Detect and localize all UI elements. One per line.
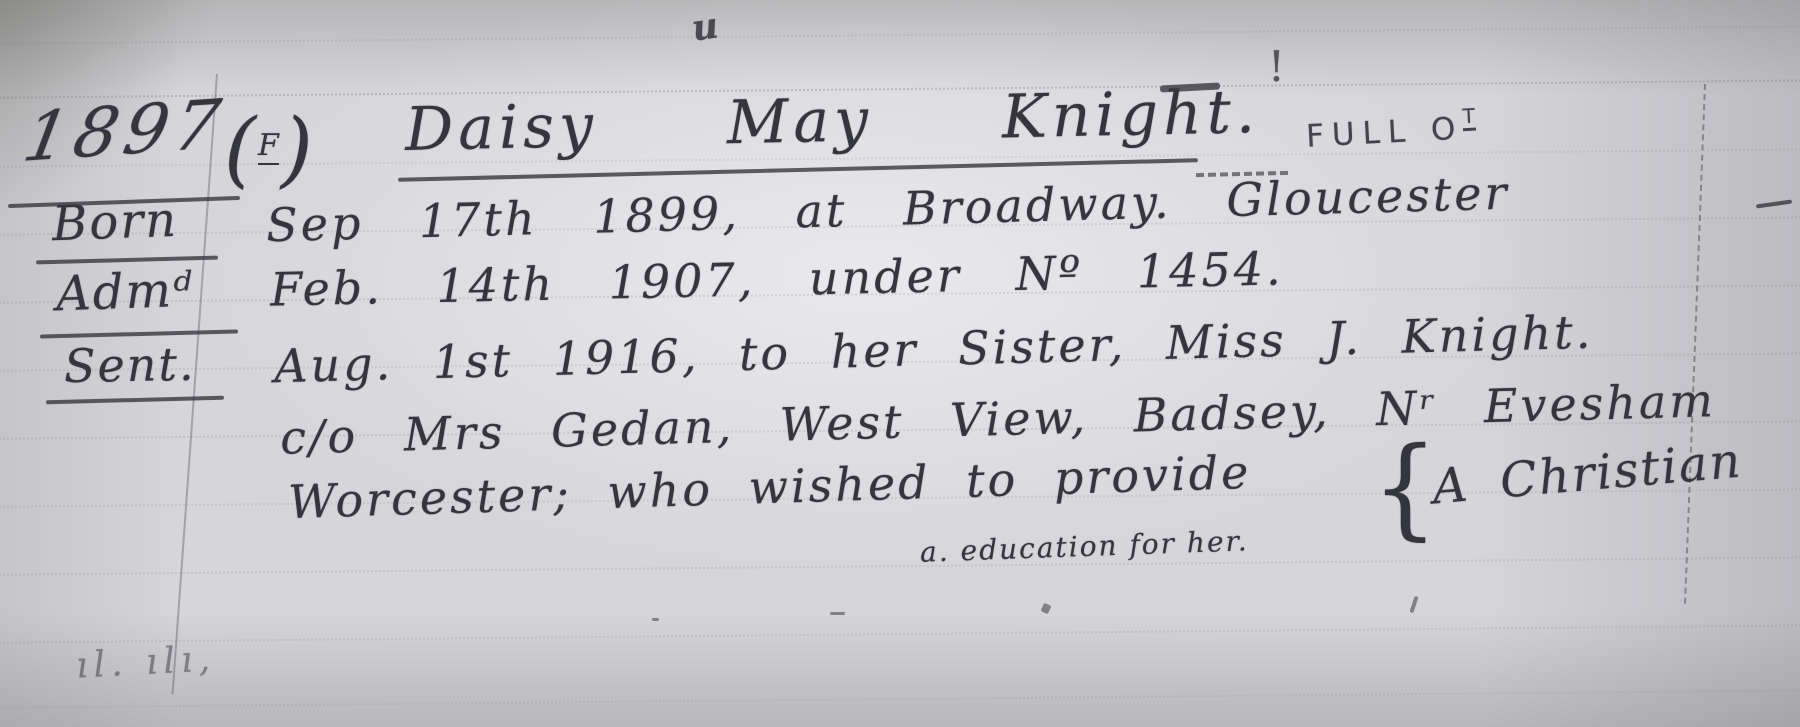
born-value-part2: Gloucester	[1226, 166, 1510, 227]
field-label-admitted: Admᵈ	[55, 262, 195, 323]
ink-speck	[1409, 596, 1418, 613]
admitted-value: Feb. 14th 1907, under Nº 1454.	[270, 241, 1285, 316]
top-squiggle-mark: u	[689, 4, 721, 49]
sex-mark: (F)	[224, 102, 313, 197]
orphan-status-note: FULL OT	[1305, 108, 1476, 155]
entry-name: Daisy May Knight.	[404, 77, 1260, 165]
entry-year: 1897	[17, 85, 231, 178]
ink-speck	[830, 612, 845, 615]
brace-mark: {	[1372, 423, 1438, 551]
orphan-status-superscript: T	[1462, 104, 1476, 132]
sent-value: Aug. 1st 1916, to her Sister, Miss J. Kn…	[274, 305, 1594, 394]
brace-note: A Christian	[1430, 433, 1744, 516]
born-value-part1: Sep 17th 1899, at Broadway.	[266, 175, 1173, 253]
register-page-scan: 1897 (F) Daisy May Knight. FULL OT Born …	[0, 0, 1800, 727]
born-line-edge-dash	[1756, 200, 1792, 209]
orphan-status-text: FULL O	[1305, 111, 1464, 155]
ink-speck	[1040, 603, 1051, 615]
top-right-exclamation-mark: !	[1268, 42, 1285, 91]
sex-open-paren: (	[224, 102, 256, 197]
ruled-line	[0, 689, 1800, 709]
ruled-line	[0, 624, 1800, 644]
field-label-born: Born	[51, 192, 179, 252]
ink-speck	[652, 618, 659, 621]
sex-letter: F	[258, 128, 279, 165]
sex-close-paren: )	[281, 102, 313, 197]
pencil-scribble: ıl. ılı,	[75, 638, 217, 686]
ruled-line	[0, 25, 1800, 45]
field-label-sent-underline	[46, 396, 224, 405]
right-margin-dashed-line	[1684, 84, 1706, 604]
ruled-line	[0, 556, 1800, 576]
field-label-sent: Sent.	[64, 337, 196, 393]
